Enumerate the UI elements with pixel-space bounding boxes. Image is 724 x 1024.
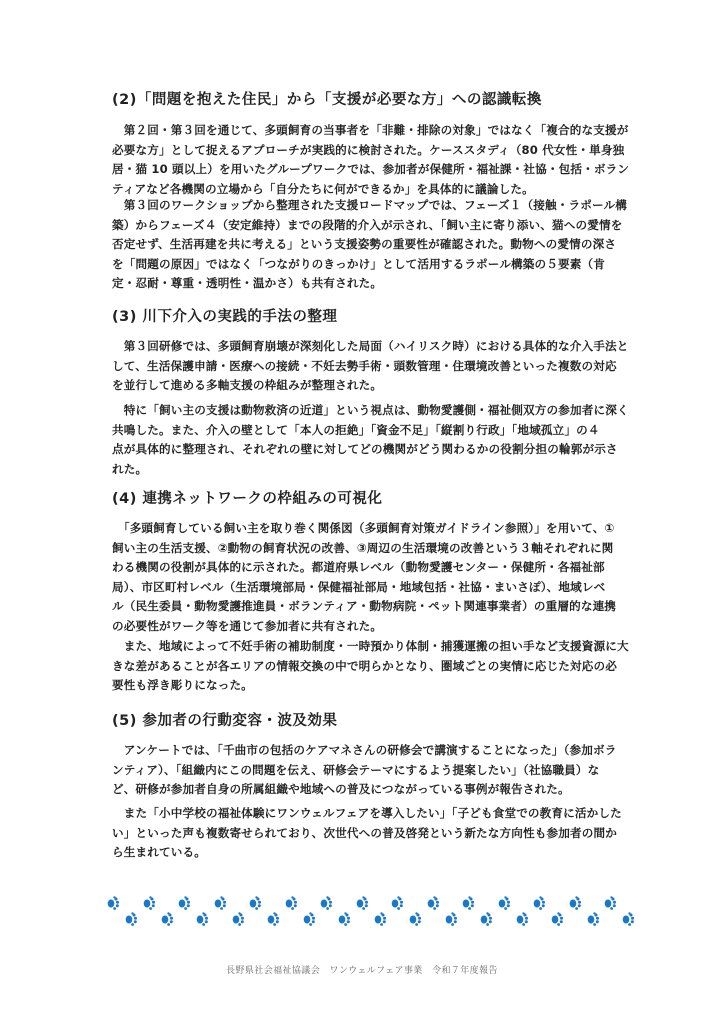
text-line: れた。: [112, 460, 626, 480]
text-line: きな差があることが各エリアの情報交換の中で明らかとなり、圏域ごとの実情に応じた対…: [112, 657, 626, 677]
text-line: 築）からフェーズ４（安定維持）までの段階的介入が示され、「飼い主に寄り添い、猫へ…: [112, 216, 626, 236]
text-line: 定・忍耐・尊重・透明性・温かさ）も共有された。: [112, 274, 626, 294]
paw-print-icon: [603, 895, 617, 909]
text-line: い」といった声も複数寄せられており、次世代への普及啓発という新たな方向性も参加者…: [112, 824, 626, 844]
section-title-2: (2)「問題を抱えた住民」から「支援が必要な方」への認識転換: [112, 88, 542, 109]
text-line: 共鳴した。また、介入の壁として「本人の拒絶」「資金不足」「縦割り行政」「地域孤立…: [112, 421, 626, 441]
text-line: また「小中学校の福祉体験にワンウェルフェアを導入したい」「子ども食堂での教育に活…: [112, 804, 626, 824]
text-line: 特に「飼い主の支援は動物救済の近道」という視点は、動物愛護側・福祉側双方の参加者…: [112, 401, 626, 421]
paw-print-icon: [497, 895, 511, 909]
text-line: 第３回のワークショップから整理された支援ロードマップでは、フェーズ１（接触・ラポ…: [112, 196, 626, 216]
text-line: 点が具体的に整理され、それぞれの壁に対してどの機関がどう関わるかの役割分担の輪郭…: [112, 440, 626, 460]
text-line: ら生まれている。: [112, 843, 626, 863]
text-line: 必要な方」として捉えるアプローチが実践的に検討された。ケーススタディ（80 代女…: [112, 141, 626, 161]
text-line: 要性も浮き彫りになった。: [112, 676, 626, 696]
section-title-5: (5) 参加者の行動変容・波及効果: [112, 709, 337, 730]
section-title-3: (3) 川下介入の実践的手法の整理: [112, 305, 337, 326]
paw-print-icon: [479, 911, 493, 925]
paw-print-divider: [0, 890, 724, 930]
paw-print-icon: [195, 911, 209, 925]
text-line: 居・猫 10 頭以上）を用いたグループワークでは、参加者が保健所・福祉課・社協・…: [112, 160, 626, 180]
section-2-paragraph-1: 第２回・第３回を通じて、多頭飼育の当事者を「非難・排除の対象」ではなく「複合的な…: [112, 121, 626, 199]
paw-print-icon: [355, 895, 369, 909]
text-line: わる機関の役割が具体的に示された。都道府県レベル（動物愛護センター・保健所・各福…: [112, 558, 626, 578]
text-line: また、地域によって不妊手術の補助制度・一時預かり体制・捕獲運搬の担い手など支援資…: [112, 637, 626, 657]
text-line: を「問題の原因」ではなく「つながりのきっかけ」として活用するラポール構築の５要素…: [112, 255, 626, 275]
text-line: 第３回研修では、多頭飼育崩壊が深刻化した局面（ハイリスク時）における具体的な介入…: [112, 337, 626, 357]
paw-print-icon: [142, 895, 156, 909]
text-line: 局）、市区町村レベル（生活環境部局・保健福祉部局・地域包括・社協・まいさぽ）、地…: [112, 578, 626, 598]
section-3-paragraph-2: 特に「飼い主の支援は動物救済の近道」という視点は、動物愛護側・福祉側双方の参加者…: [112, 401, 626, 479]
paw-print-icon: [461, 895, 475, 909]
section-title-4: (4) 連携ネットワークの枠組みの可視化: [112, 487, 382, 508]
text-line: 第２回・第３回を通じて、多頭飼育の当事者を「非難・排除の対象」ではなく「複合的な…: [112, 121, 626, 141]
text-line: を並行して進める多軸支援の枠組みが整理された。: [112, 376, 626, 396]
paw-print-icon: [408, 911, 422, 925]
paw-print-icon: [390, 895, 404, 909]
text-line: ど、研修が参加者自身の所属組織や地域への普及につながっている事例が報告された。: [112, 780, 626, 800]
section-2-paragraph-2: 第３回のワークショップから整理された支援ロードマップでは、フェーズ１（接触・ラポ…: [112, 196, 626, 294]
paw-print-icon: [426, 895, 440, 909]
section-5-paragraph-1: アンケートでは、「千曲市の包括のケアマネさんの研修会で講演することになった」（参…: [112, 741, 626, 800]
paw-print-icon: [319, 895, 333, 909]
paw-print-icon: [124, 911, 138, 925]
section-4-paragraph-1: 「多頭飼育している飼い主を取り巻く関係図（多頭飼育対策ガイドライン参照）」を用い…: [112, 519, 626, 637]
text-line: して、生活保護申請・医療への接続・不妊去勢手術・頭数管理・住環境改善といった複数…: [112, 357, 626, 377]
text-line: アンケートでは、「千曲市の包括のケアマネさんの研修会で講演することになった」（参…: [112, 741, 626, 761]
section-4-paragraph-2: また、地域によって不妊手術の補助制度・一時預かり体制・捕獲運搬の担い手など支援資…: [112, 637, 626, 696]
page-footer: 長野県社会福祉協議会 ワンウェルフェア事業 令和７年度報告: [0, 963, 724, 976]
paw-print-icon: [160, 911, 174, 925]
text-line: の必要性がワーク等を通じて参加者に共有された。: [112, 617, 626, 637]
paw-print-icon: [373, 911, 387, 925]
report-page: (2)「問題を抱えた住民」から「支援が必要な方」への認識転換 第２回・第３回を通…: [0, 0, 724, 1024]
text-line: 「多頭飼育している飼い主を取り巻く関係図（多頭飼育対策ガイドライン参照）」を用い…: [112, 519, 626, 539]
paw-print-icon: [515, 911, 529, 925]
paw-print-icon: [302, 911, 316, 925]
paw-print-icon: [106, 895, 120, 909]
text-line: 否定せず、生活再建を共に考える」という支援姿勢の重要性が確認された。動物への愛情…: [112, 235, 626, 255]
paw-print-icon: [266, 911, 280, 925]
section-5-paragraph-2: また「小中学校の福祉体験にワンウェルフェアを導入したい」「子ども食堂での教育に活…: [112, 804, 626, 863]
text-line: ンティア）、「組織内にこの問題を伝え、研修会テーマにするよう提案したい」（社協職…: [112, 761, 626, 781]
paw-print-icon: [337, 911, 351, 925]
paw-print-icon: [231, 911, 245, 925]
text-line: ル（民生委員・動物愛護推進員・ボランティア・動物病院・ペット関連事業者）の重層的…: [112, 597, 626, 617]
paw-print-icon: [532, 895, 546, 909]
paw-print-icon: [177, 895, 191, 909]
paw-print-icon: [550, 911, 564, 925]
paw-print-icon: [586, 911, 600, 925]
paw-print-icon: [621, 911, 635, 925]
paw-print-icon: [248, 895, 262, 909]
paw-print-icon: [284, 895, 298, 909]
paw-print-icon: [444, 911, 458, 925]
section-3-paragraph-1: 第３回研修では、多頭飼育崩壊が深刻化した局面（ハイリスク時）における具体的な介入…: [112, 337, 626, 396]
paw-print-icon: [213, 895, 227, 909]
paw-print-icon: [568, 895, 582, 909]
text-line: 飼い主の生活支援、②動物の飼育状況の改善、③周辺の生活環境の改善という３軸それぞ…: [112, 539, 626, 559]
